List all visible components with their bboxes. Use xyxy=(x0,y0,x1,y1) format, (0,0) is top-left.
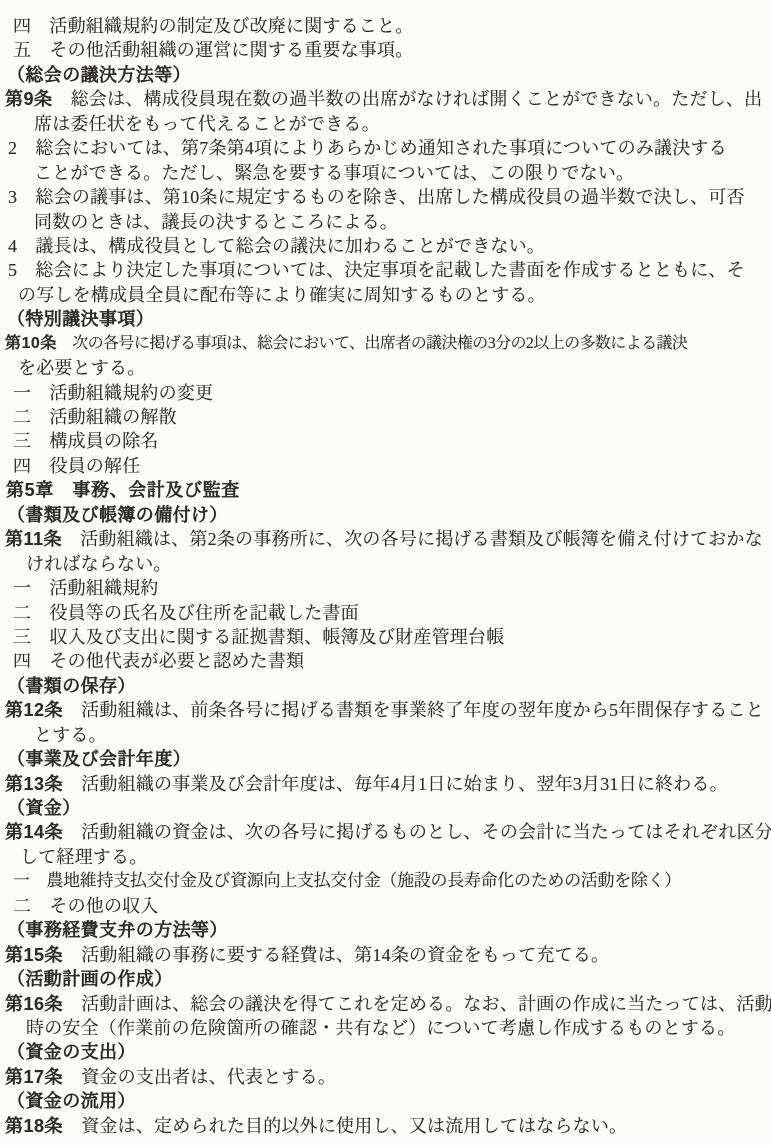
article-text: 活動組織は、前条各号に掲げる書類を事業終了年度の翌年度から5年間保存すること xyxy=(63,700,764,720)
article-number: 第13条 xyxy=(5,774,63,794)
section-heading-line: （特別議決事項） xyxy=(0,307,771,331)
numbered-item-line: 四 その他代表が必要と認めた書類 xyxy=(0,649,771,673)
scanned-page: { "meta": { "doc_kind": "scanned-regulat… xyxy=(0,0,771,1145)
numbered-item-line: 一 活動組織規約 xyxy=(0,576,771,600)
article-line: 第18条 資金は、定められた目的以外に使用し、又は流用してはならない。 xyxy=(0,1114,771,1138)
article-number: 第17条 xyxy=(5,1067,63,1087)
numbered-item-line: 四 活動組織規約の制定及び改廃に関すること。 xyxy=(0,14,771,38)
article-line: 第12条 活動組織は、前条各号に掲げる書類を事業終了年度の翌年度から5年間保存す… xyxy=(0,698,771,722)
article-line: 第11条 活動組織は、第2条の事務所に、次の各号に掲げる書類及び帳簿を備え付けて… xyxy=(0,527,771,551)
section-heading-line: （書類及び帳簿の備付け） xyxy=(0,503,771,527)
article-number: 第9条 xyxy=(5,89,53,109)
article-number: 第15条 xyxy=(5,945,63,965)
continuation-line: 席は委任状をもって代えることができる。 xyxy=(0,112,771,136)
numbered-item-line: 四 役員の解任 xyxy=(0,454,771,478)
article-number: 第12条 xyxy=(5,700,63,720)
chapter-heading-line: 第5章 事務、会計及び監査 xyxy=(0,478,771,502)
section-heading-line: （活動計画の作成） xyxy=(0,967,771,991)
article-number: 第11条 xyxy=(5,529,62,549)
section-heading-line: （書類の保存） xyxy=(0,674,771,698)
numbered-item-line: 五 その他活動組織の運営に関する重要な事項。 xyxy=(0,38,771,62)
article-number: 第14条 xyxy=(5,822,63,842)
paragraph-line: 4 議長は、構成役員として総会の議決に加わることができない。 xyxy=(0,234,771,258)
numbered-item-line: 三 収入及び支出に関する証拠書類、帳簿及び財産管理台帳 xyxy=(0,625,771,649)
paragraph-line: 3 総会の議事は、第10条に規定するものを除き、出席した構成役員の過半数で決し、… xyxy=(0,185,771,209)
article-text: 資金の支出者は、代表とする。 xyxy=(63,1067,336,1087)
article-text: 活動組織の事業及び会計年度は、毎年4月1日に始まり、翌年3月31日に終わる。 xyxy=(63,774,728,794)
continuation-line: 時の安全（作業前の危険箇所の確認・共有など）について考慮し作成するものとする。 xyxy=(0,1016,771,1040)
numbered-item-line: 二 活動組織の解散 xyxy=(0,405,771,429)
continuation-line: 同数のときは、議長の決するところによる。 xyxy=(0,210,771,234)
paragraph-line: 5 総会により決定した事項については、決定事項を記載した書面を作成するとともに、… xyxy=(0,258,771,282)
numbered-item-line: 三 構成員の除名 xyxy=(0,429,771,453)
section-heading-line: （資金の流用） xyxy=(0,1089,771,1113)
section-heading-line: （資金の支出） xyxy=(0,1040,771,1064)
article-line: 第13条 活動組織の事業及び会計年度は、毎年4月1日に始まり、翌年3月31日に終… xyxy=(0,772,771,796)
section-heading-line: （事務経費支弁の方法等） xyxy=(0,918,771,942)
continuation-line: を必要とする。 xyxy=(0,356,771,380)
article-line: 第16条 活動計画は、総会の議決を得てこれを定める。なお、計画の作成に当たっては… xyxy=(0,992,771,1016)
article-text: 総会は、構成役員現在数の過半数の出席がなければ開くことができない。ただし、出 xyxy=(53,89,763,109)
article-number: 第10条 xyxy=(5,335,57,352)
article-text: 活動組織の事務に要する経費は、第14条の資金をもって充てる。 xyxy=(63,945,609,965)
article-text: 活動計画は、総会の議決を得てこれを定める。なお、計画の作成に当たっては、活動 xyxy=(63,994,771,1014)
section-heading-line: （事業及び会計年度） xyxy=(0,747,771,771)
continuation-line: ければならない。 xyxy=(0,552,771,576)
article-text: 次の各号に掲げる事項は、総会において、出席者の議決権の3分の2以上の多数による議… xyxy=(57,335,687,352)
article-text: 資金は、定められた目的以外に使用し、又は流用してはならない。 xyxy=(63,1116,627,1136)
article-text: 活動組織は、第2条の事務所に、次の各号に掲げる書類及び帳簿を備え付けておかな xyxy=(62,529,763,549)
section-heading-line: （資金） xyxy=(0,796,771,820)
continuation-line: の写しを構成員全員に配布等により確実に周知するものとする。 xyxy=(0,283,771,307)
numbered-item-line: 一 活動組織規約の変更 xyxy=(0,381,771,405)
numbered-item-line: 二 役員等の氏名及び住所を記載した書面 xyxy=(0,601,771,625)
continuation-line: とする。 xyxy=(0,723,771,747)
article-number: 第16条 xyxy=(5,994,63,1014)
continuation-line: ことができる。ただし、緊急を要する事項については、この限りでない。 xyxy=(0,161,771,185)
continuation-line: して経理する。 xyxy=(0,845,771,869)
article-line: 第14条 活動組織の資金は、次の各号に掲げるものとし、その会計に当たってはそれぞ… xyxy=(0,820,771,844)
numbered-item-line: 一 農地維持支払交付金及び資源向上支払交付金（施設の長寿命化のための活動を除く） xyxy=(0,869,771,893)
section-heading-line: （総会の議決方法等） xyxy=(0,63,771,87)
article-line: 第10条 次の各号に掲げる事項は、総会において、出席者の議決権の3分の2以上の多… xyxy=(0,332,771,356)
article-line: 第9条 総会は、構成役員現在数の過半数の出席がなければ開くことができない。ただし… xyxy=(0,87,771,111)
document-body: 四 活動組織規約の制定及び改廃に関すること。五 その他活動組織の運営に関する重要… xyxy=(0,0,771,1138)
numbered-item-line: 二 その他の収入 xyxy=(0,894,771,918)
article-text: 活動組織の資金は、次の各号に掲げるものとし、その会計に当たってはそれぞれ区分 xyxy=(63,822,771,842)
paragraph-line: 2 総会においては、第7条第4項によりあらかじめ通知された事項についてのみ議決す… xyxy=(0,136,771,160)
article-number: 第18条 xyxy=(5,1116,63,1136)
article-line: 第15条 活動組織の事務に要する経費は、第14条の資金をもって充てる。 xyxy=(0,943,771,967)
article-line: 第17条 資金の支出者は、代表とする。 xyxy=(0,1065,771,1089)
